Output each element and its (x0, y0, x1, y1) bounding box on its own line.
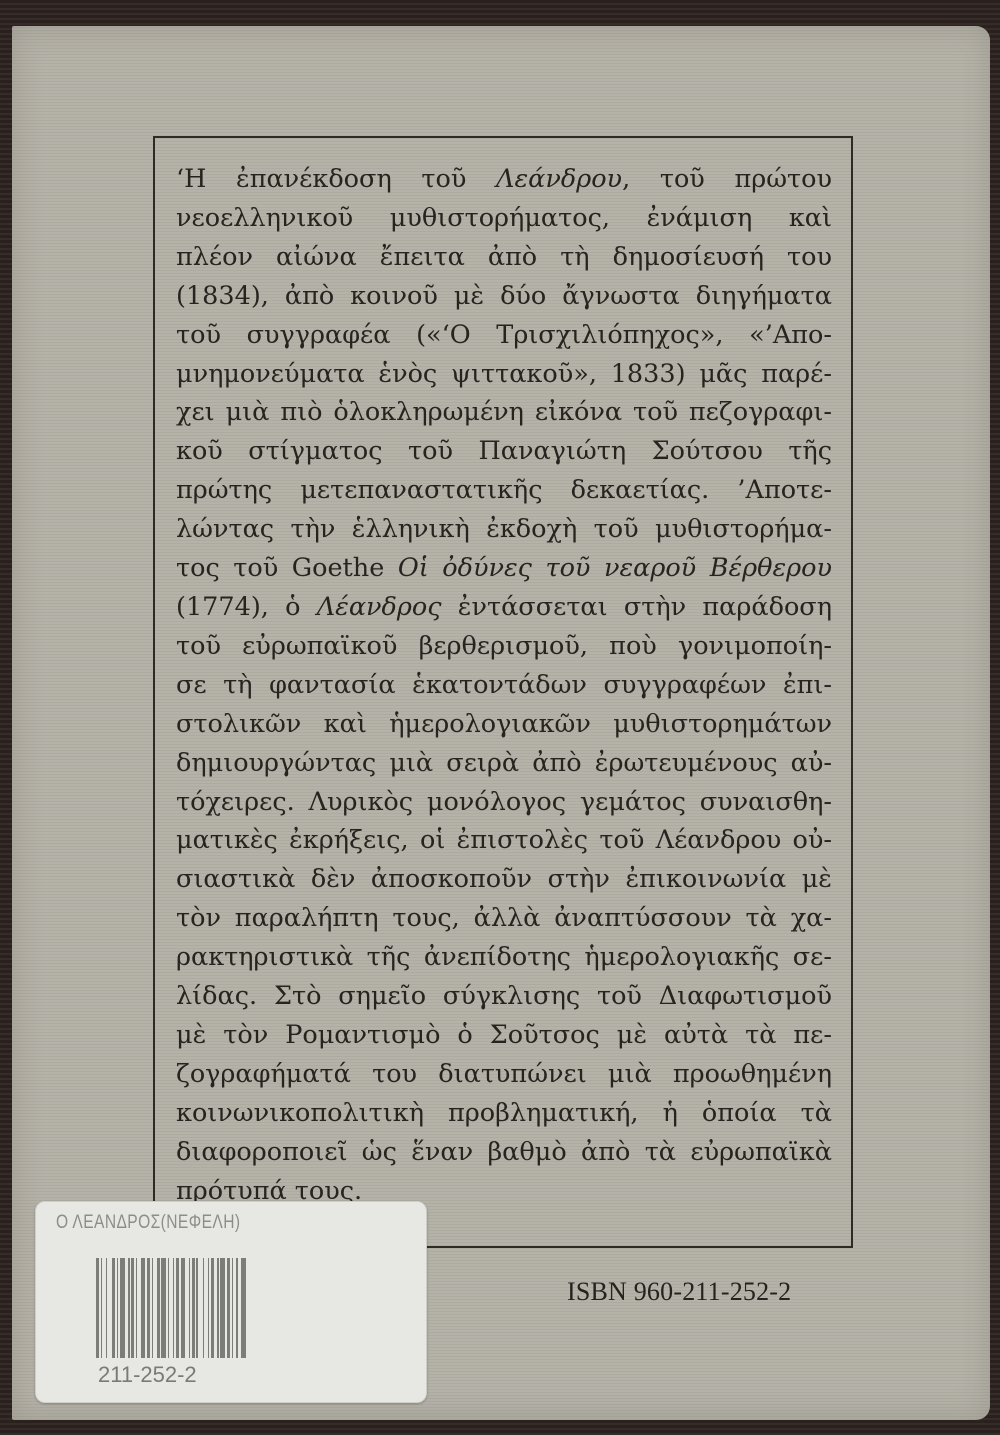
italic-title: Οἱ ὀδύνες τοῦ νεαροῦ Βέρθερου (398, 553, 832, 583)
blurb-line: κοῦ στίγματος τοῦ Παναγιώτη Σούτσου τῆς (176, 432, 832, 471)
blurb-segment: δημιουργώντας μιὰ σειρὰ ἀπὸ ἐρωτευμένους… (176, 748, 832, 778)
blurb-segment: πλέον αἰώνα ἔπειτα ἀπὸ τὴ δημοσίευσή του (176, 242, 832, 272)
blurb-segment: τοῦ συγγραφέα («‘Ο Τρισχιλιόπηχος», «’Απ… (176, 320, 832, 350)
blurb-segment: σε τὴ φαντασία ἑκατοντάδων συγγραφέων ἐπ… (176, 670, 832, 700)
barcode (96, 1258, 361, 1358)
blurb-segment: κοινωνικοπολιτικὴ προβληματική, ἡ ὁποία … (176, 1098, 832, 1128)
blurb-segment: τος τοῦ Goethe (176, 553, 398, 583)
price-sticker: Ο ΛΕΑΝΔΡΟΣ(ΝΕΦΕΛΗ) 211-252-2 (35, 1201, 427, 1403)
blurb-segment: λώντας τὴν ἑλληνικὴ ἐκδοχὴ τοῦ μυθιστορή… (176, 514, 832, 544)
blurb-line: τος τοῦ Goethe Οἱ ὀδύνες τοῦ νεαροῦ Βέρθ… (176, 549, 832, 588)
sticker-title: Ο ΛΕΑΝΔΡΟΣ(ΝΕΦΕΛΗ) (56, 1212, 240, 1234)
blurb-line: πλέον αἰώνα ἔπειτα ἀπὸ τὴ δημοσίευσή του (176, 238, 832, 277)
blurb-line: ρακτηριστικὰ τῆς ἀνεπίδοτης ἡμερολογιακῆ… (176, 938, 832, 977)
blurb-segment: ματικὲς ἐκρήξεις, οἱ ἐπιστολὲς τοῦ Λέανδ… (176, 825, 832, 855)
blurb-segment: στολικῶν καὶ ἡμερολογιακῶν μυθιστορημάτω… (176, 709, 832, 739)
blurb-segment: τόχειρες. Λυρικὸς μονόλογος γεμάτος συνα… (176, 787, 832, 817)
blurb-segment: πρώτης μετεπαναστατικῆς δεκαετίας. ’Αποτ… (176, 475, 832, 505)
blurb-line: τοῦ εὐρωπαϊκοῦ βερθερισμοῦ, ποὺ γονιμοπο… (176, 627, 832, 666)
blurb-line: ματικὲς ἐκρήξεις, οἱ ἐπιστολὲς τοῦ Λέανδ… (176, 821, 832, 860)
blurb-line: λώντας τὴν ἑλληνικὴ ἐκδοχὴ τοῦ μυθιστορή… (176, 510, 832, 549)
blurb-line: πρώτης μετεπαναστατικῆς δεκαετίας. ’Αποτ… (176, 471, 832, 510)
blurb-segment: ‘Η ἐπανέκδοση τοῦ (176, 164, 496, 194)
blurb-segment: τὸν παραλήπτη τους, ἀλλὰ ἀναπτύσσουν τὰ … (176, 903, 832, 933)
blurb-line: δημιουργώντας μιὰ σειρὰ ἀπὸ ἐρωτευμένους… (176, 744, 832, 783)
isbn-label: ISBN 960-211-252-2 (567, 1277, 791, 1307)
blurb-line: μὲ τὸν Ρομαντισμὸ ὁ Σοῦτσος μὲ αὐτὰ τὰ π… (176, 1016, 832, 1055)
blurb-segment: ἐντάσσεται στὴν παράδοση (442, 592, 832, 622)
blurb-line: κοινωνικοπολιτικὴ προβληματική, ἡ ὁποία … (176, 1094, 832, 1133)
blurb-text: ‘Η ἐπανέκδοση τοῦ Λεάνδρου, τοῦ πρώτουνε… (176, 160, 832, 1210)
blurb-line: (1834), ἀπὸ κοινοῦ μὲ δύο ἄγνωστα διηγήμ… (176, 277, 832, 316)
blurb-segment: (1834), ἀπὸ κοινοῦ μὲ δύο ἄγνωστα διηγήμ… (176, 281, 832, 311)
blurb-segment: τοῦ εὐρωπαϊκοῦ βερθερισμοῦ, ποὺ γονιμοπο… (176, 631, 832, 661)
blurb-segment: μὲ τὸν Ρομαντισμὸ ὁ Σοῦτσος μὲ αὐτὰ τὰ π… (176, 1020, 832, 1050)
blurb-segment: νεοελληνικοῦ μυθιστορήματος, ἐνάμιση καὶ (176, 203, 832, 233)
blurb-line: νεοελληνικοῦ μυθιστορήματος, ἐνάμιση καὶ (176, 199, 832, 238)
blurb-line: στολικῶν καὶ ἡμερολογιακῶν μυθιστορημάτω… (176, 705, 832, 744)
blurb-line: τὸν παραλήπτη τους, ἀλλὰ ἀναπτύσσουν τὰ … (176, 899, 832, 938)
italic-title: Λεάνδρου (496, 164, 622, 194)
blurb-line: λίδας. Στὸ σημεῖο σύγκλισης τοῦ Διαφωτισ… (176, 977, 832, 1016)
blurb-line: ζογραφήματά του διατυπώνει μιὰ προωθημέν… (176, 1055, 832, 1094)
blurb-line: (1774), ὁ Λέανδρος ἐντάσσεται στὴν παράδ… (176, 588, 832, 627)
blurb-segment: λίδας. Στὸ σημεῖο σύγκλισης τοῦ Διαφωτισ… (176, 981, 832, 1011)
blurb-line: χει μιὰ πιὸ ὁλοκληρωμένη εἰκόνα τοῦ πεζο… (176, 393, 832, 432)
blurb-segment: , τοῦ πρώτου (622, 164, 832, 194)
sticker-code: 211-252-2 (98, 1362, 197, 1388)
blurb-segment: μνημονεύματα ἑνὸς ψιττακοῦ», 1833) μᾶς π… (176, 359, 832, 389)
blurb-segment: (1774), ὁ (176, 592, 317, 622)
blurb-line: μνημονεύματα ἑνὸς ψιττακοῦ», 1833) μᾶς π… (176, 355, 832, 394)
italic-title: Λέανδρος (317, 592, 442, 622)
blurb-line: σε τὴ φαντασία ἑκατοντάδων συγγραφέων ἐπ… (176, 666, 832, 705)
blurb-line: τοῦ συγγραφέα («‘Ο Τρισχιλιόπηχος», «’Απ… (176, 316, 832, 355)
blurb-line: σιαστικὰ δὲν ἀποσκοποῦν στὴν ἐπικοινωνία… (176, 860, 832, 899)
blurb-segment: σιαστικὰ δὲν ἀποσκοποῦν στὴν ἐπικοινωνία… (176, 864, 832, 894)
barcode-bar (246, 1258, 248, 1358)
blurb-segment: κοῦ στίγματος τοῦ Παναγιώτη Σούτσου τῆς (176, 436, 832, 466)
blurb-line: τόχειρες. Λυρικὸς μονόλογος γεμάτος συνα… (176, 783, 832, 822)
blurb-line: διαφοροποιεῖ ὡς ἕναν βαθμὸ ἀπὸ τὰ εὐρωπα… (176, 1133, 832, 1172)
blurb-line: ‘Η ἐπανέκδοση τοῦ Λεάνδρου, τοῦ πρώτου (176, 160, 832, 199)
blurb-segment: ζογραφήματά του διατυπώνει μιὰ προωθημέν… (176, 1059, 832, 1089)
blurb-segment: διαφοροποιεῖ ὡς ἕναν βαθμὸ ἀπὸ τὰ εὐρωπα… (176, 1137, 832, 1167)
blurb-segment: χει μιὰ πιὸ ὁλοκληρωμένη εἰκόνα τοῦ πεζο… (176, 397, 832, 427)
blurb-segment: ρακτηριστικὰ τῆς ἀνεπίδοτης ἡμερολογιακῆ… (176, 942, 832, 972)
